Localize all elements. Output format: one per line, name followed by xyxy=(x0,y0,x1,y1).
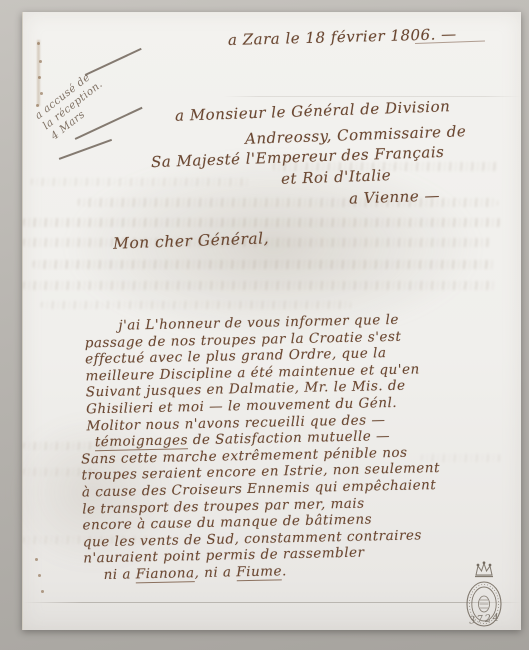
bleed-through-mark xyxy=(31,178,251,186)
letter-paper: a Zara le 18 février 1806. — a accusé de… xyxy=(22,12,521,630)
annotation-text: a accusé de la réception. 4 Mars xyxy=(33,68,114,143)
letter-photograph: a Zara le 18 février 1806. — a accusé de… xyxy=(0,0,529,650)
bleed-through-mark xyxy=(33,260,495,269)
bleed-through-mark xyxy=(23,281,497,290)
bleed-through-mark xyxy=(41,301,351,309)
address-line: a Vienne — xyxy=(349,186,440,207)
dateline: a Zara le 18 février 1806. — xyxy=(228,25,457,49)
annotation-stroke xyxy=(59,139,112,160)
body-line-text: . xyxy=(282,563,287,579)
address-line: et Roi d'Italie xyxy=(281,166,392,188)
underlined-place: Fiume xyxy=(236,563,282,581)
marginal-annotation: a accusé de la réception. 4 Mars xyxy=(33,40,168,160)
paper-edge-speckle xyxy=(38,574,41,577)
body-text: j'ai L'honneur de vous informer que le p… xyxy=(78,310,513,584)
address-line: a Monsieur le Général de Division xyxy=(175,97,451,125)
body-line-text: , ni a xyxy=(194,564,236,581)
underlined-place: Fianona xyxy=(136,565,195,583)
underlined-word: témoignages xyxy=(95,432,188,451)
fold-crease xyxy=(23,602,521,603)
paper-edge-speckle xyxy=(35,558,38,561)
annotation-stroke xyxy=(85,48,142,76)
bleed-through-mark xyxy=(23,218,501,227)
fold-crease xyxy=(223,96,521,97)
paper-edge-speckle xyxy=(41,590,44,593)
body-line-text: ni a xyxy=(103,566,135,583)
